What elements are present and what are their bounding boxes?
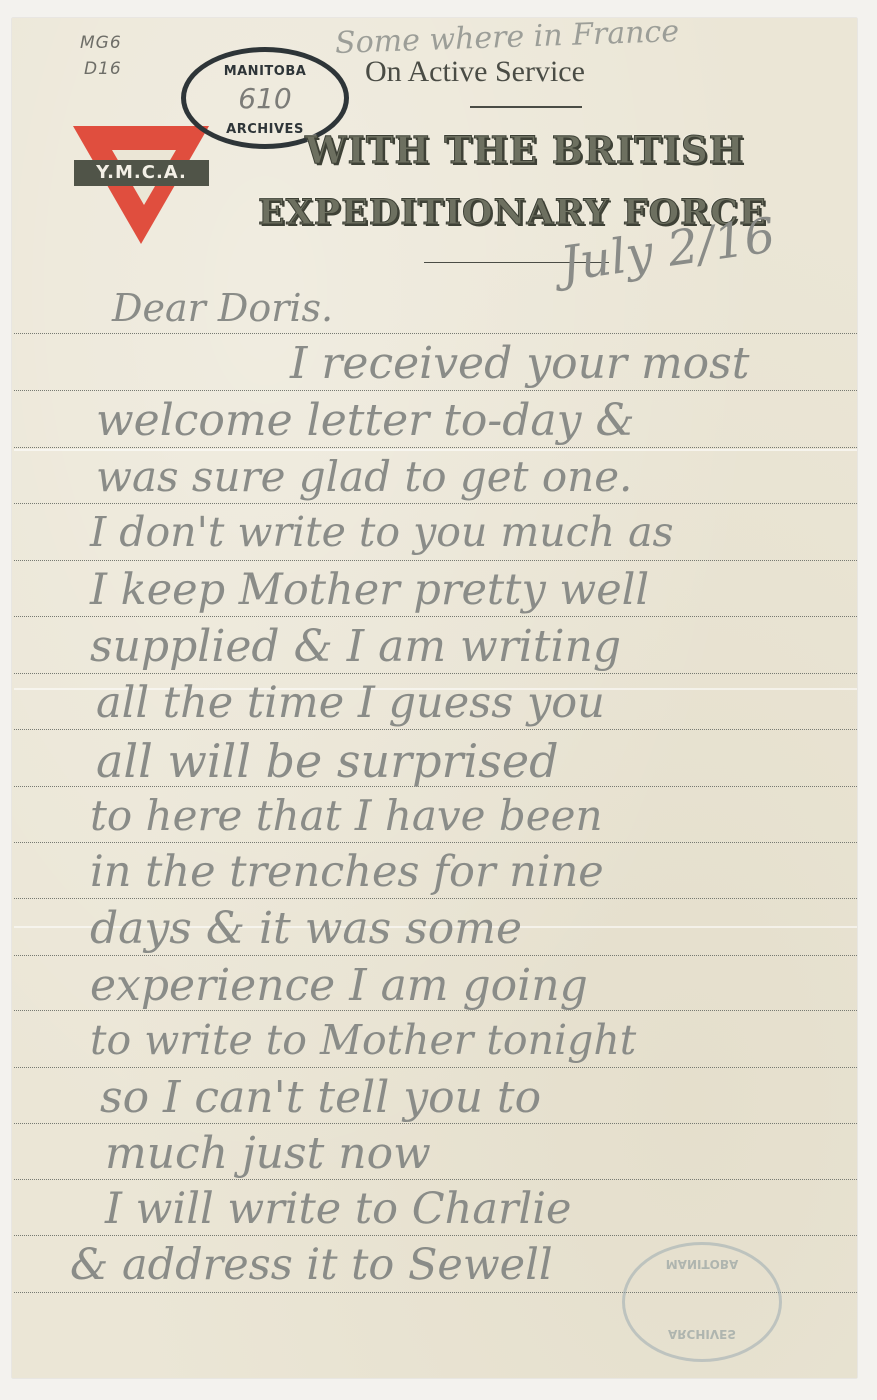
archive-reference-line1: MG6 [80, 30, 122, 56]
ruled-line [14, 333, 857, 334]
letterhead-title-line1: WITH THE BRITISH [305, 128, 745, 172]
faint-stamp-top: MANITOBA [625, 1257, 779, 1271]
body-line-16: I will write to Charlie [105, 1184, 571, 1234]
ruled-line [14, 503, 857, 504]
body-line-2: welcome letter to-day & [96, 395, 635, 446]
archive-reference: MG6 D16 [80, 30, 122, 82]
fold-crease [14, 449, 857, 451]
body-line-5: I keep Mother pretty well [90, 565, 649, 615]
ruled-line [14, 842, 857, 843]
ruled-line [14, 729, 857, 730]
body-line-9: to here that I have been [90, 791, 603, 840]
ruled-line [14, 1235, 857, 1236]
archive-reference-line2: D16 [80, 56, 122, 82]
body-line-1: I received your most [290, 338, 749, 389]
ruled-line [14, 447, 857, 448]
body-line-15: much just now [105, 1128, 431, 1179]
body-line-3: was sure glad to get one. [96, 452, 632, 501]
ymca-logo-text: Y.M.C.A. [74, 160, 209, 186]
ruled-line [14, 673, 857, 674]
body-line-12: experience I am going [90, 960, 588, 1011]
ruled-line [14, 560, 857, 561]
service-heading: On Active Service [365, 55, 585, 89]
ruled-line [14, 616, 857, 617]
body-line-17: & address it to Sewell [70, 1240, 553, 1290]
body-line-7: all the time I guess you [96, 678, 605, 728]
body-line-11: days & it was some [90, 903, 522, 954]
faint-archive-stamp: MANITOBA ARCHIVES [622, 1242, 782, 1362]
letterhead-divider [470, 106, 582, 108]
ruled-line [14, 390, 857, 391]
ruled-line [14, 898, 857, 899]
body-line-10: in the trenches for nine [90, 847, 604, 897]
ruled-line [14, 1123, 857, 1124]
archive-stamp-top: MANITOBA [186, 64, 344, 79]
ruled-line [14, 1067, 857, 1068]
salutation: Dear Doris. [112, 286, 333, 330]
body-line-4: I don't write to you much as [90, 508, 674, 556]
faint-stamp-bottom: ARCHIVES [625, 1327, 779, 1341]
body-line-13: to write to Mother tonight [90, 1016, 636, 1064]
ruled-line [14, 1179, 857, 1180]
archive-stamp-number: 610 [186, 82, 344, 115]
body-line-6: supplied & I am writing [90, 621, 621, 672]
ruled-line [14, 955, 857, 956]
body-line-8: all will be surprised [96, 734, 559, 788]
body-line-14: so I can't tell you to [100, 1072, 541, 1123]
